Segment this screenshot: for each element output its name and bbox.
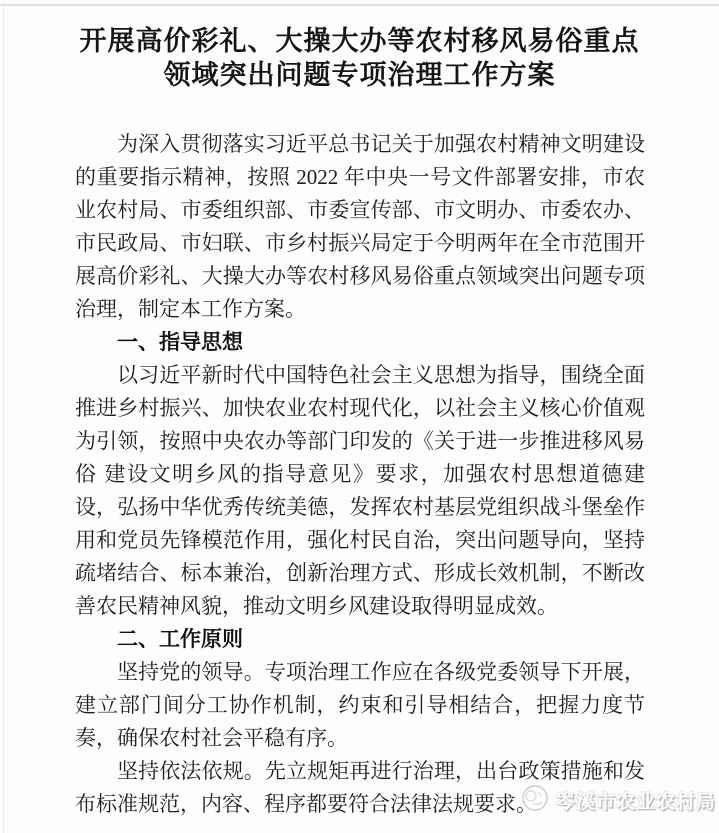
document-title-line2: 领域突出问题专项治理工作方案 [40, 58, 679, 92]
agency-watermark: 岑溪市农业农村局 [520, 784, 716, 817]
section-heading-work-principles: 二、工作原则 [75, 623, 645, 656]
scan-edge-top [0, 4, 719, 6]
document-title: 开展高价彩礼、大操大办等农村移风易俗重点 领域突出问题专项治理工作方案 [40, 24, 679, 92]
paragraph-guiding-thought: 以习近平新时代中国特色社会主义思想为指导，围绕全面推进乡村振兴、加快农业农村现代… [75, 359, 645, 623]
document-title-line1: 开展高价彩礼、大操大办等农村移风易俗重点 [40, 24, 679, 58]
scan-edge-left [3, 0, 4, 833]
paragraph-intro: 为深入贯彻落实习近平总书记关于加强农村精神文明建设的重要指示精神，按照 2022… [75, 128, 645, 326]
document-body: 为深入贯彻落实习近平总书记关于加强农村精神文明建设的重要指示精神，按照 2022… [75, 128, 645, 821]
agency-emblem-circle-icon [520, 784, 550, 817]
agency-watermark-text: 岑溪市农业农村局 [556, 787, 716, 814]
document-page: 开展高价彩礼、大操大办等农村移风易俗重点 领域突出问题专项治理工作方案 为深入贯… [0, 0, 719, 833]
paragraph-principle-party-leadership: 坚持党的领导。专项治理工作应在各级党委领导下开展，建立部门间分工协作机制，约束和… [75, 656, 645, 755]
section-heading-guiding-thought: 一、指导思想 [75, 326, 645, 359]
